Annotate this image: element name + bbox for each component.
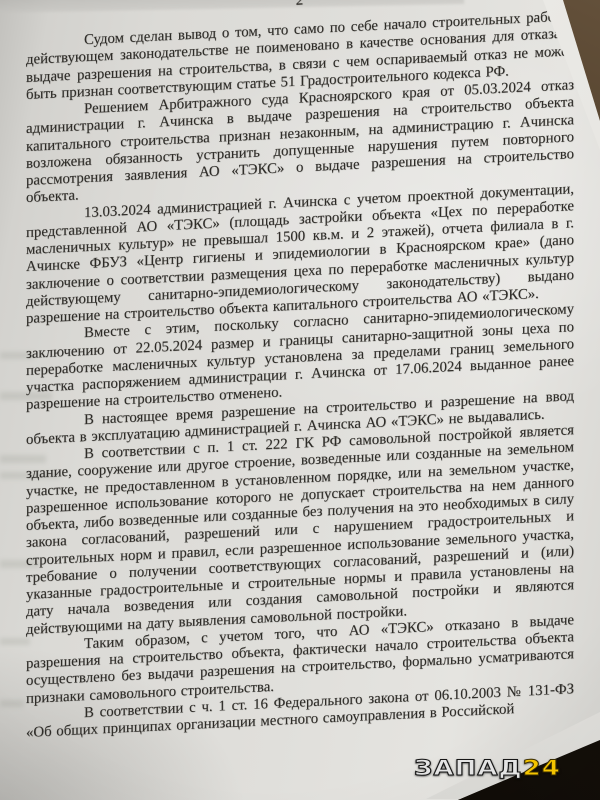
doc-paragraph: В соответствии с п. 1 ст. 222 ГК РФ само… xyxy=(26,422,574,639)
watermark-accent-text: 24 xyxy=(523,756,561,781)
document-text-block: 2 Судом сделан вывод о том, что само по … xyxy=(26,0,574,742)
watermark-text: ЗАПАД xyxy=(414,756,523,781)
paper-sheet: 2 Судом сделан вывод о том, что само по … xyxy=(0,0,600,800)
zapad24-watermark-logo: ЗАПАД24 xyxy=(414,758,561,779)
document-photo: 2 Судом сделан вывод о том, что само по … xyxy=(0,0,600,800)
document-body: Судом сделан вывод о том, что само по се… xyxy=(26,8,574,742)
ink-bleed-smudge xyxy=(0,700,24,707)
